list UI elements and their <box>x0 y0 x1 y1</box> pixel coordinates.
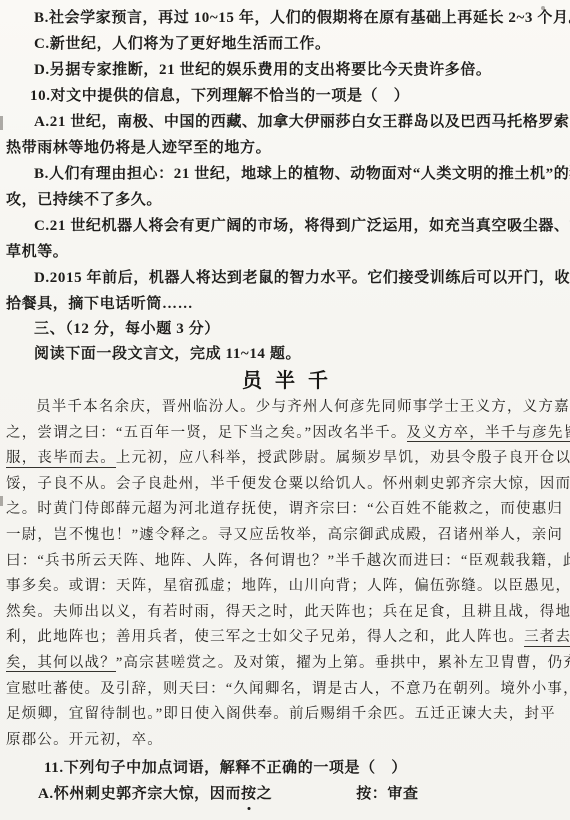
option-a-text-tail: 之 <box>257 786 273 802</box>
passage-line: 足烦卿，宜留待制也。”即日使入阁供奉。前后赐绢千余匹。五迁正谏大夫，封平 <box>6 702 564 728</box>
option-c-line-1: C.21 世纪机器人将会有更广阔的市场，将得到广泛运用，如充当真空吸尘器、割 <box>6 213 564 239</box>
underlined-text: 矣，其何以战？ <box>6 655 116 673</box>
underlined-text: 服，丧毕而去。 <box>6 450 116 468</box>
scan-artifact <box>0 116 3 130</box>
option-a-text: A.怀州刺史郭齐宗大惊，因而 <box>38 786 241 802</box>
option-b-line-1: B.人们有理由担心：21 世纪，地球上的植物、动物面对“人类文明的推土机”的猛 <box>6 161 564 187</box>
passage-line: 矣，其何以战？”高宗甚嗟赏之。及对策，擢为上第。垂拱中，累补左卫胄曹，仍充 <box>6 651 564 677</box>
passage-text: 利，此地阵也；善用兵者，使三军之士如父子兄弟，得人之和，此人阵也。 <box>6 629 524 645</box>
passage-line: 利，此地阵也；善用兵者，使三军之士如父子兄弟，得人之和，此人阵也。三者去 <box>6 625 564 651</box>
passage-text: 然矣。夫师出以义，有若时雨，得天之时，此天阵也；兵在足食，且耕且战，得地之 <box>6 604 570 620</box>
passage-line: 服，丧毕而去。上元初，应八科举，授武陟尉。属频岁旱饥，劝县令殷子良开仓以赈贫 <box>6 446 564 472</box>
passage-text: 之，尝谓之曰：“五百年一贤，足下当之矣。”因改名半千。 <box>6 425 407 441</box>
option-d-line-2: 拾餐具，摘下电话听筒…… <box>6 291 564 317</box>
scanned-exam-page: B.社会学家预言，再过 10~15 年，人们的假期将在原有基础上再延长 2~3 … <box>0 0 570 820</box>
reading-instruction: 阅读下面一段文言文，完成 11~14 题。 <box>6 342 564 367</box>
classical-passage: 员半千本名余庆，晋州临汾人。少与齐州人何彦先同师事学士王义方，义方嘉重 之，尝谓… <box>6 395 564 753</box>
passage-line: 原郡公。开元初，卒。 <box>6 728 564 754</box>
passage-text: 曰：“兵书所云天阵、地阵、人阵，各何谓也？”半千越次而进曰：“臣观载我籍，此 <box>6 553 570 569</box>
passage-line: 曰：“兵书所云天阵、地阵、人阵，各何谓也？”半千越次而进曰：“臣观载我籍，此 <box>6 549 564 575</box>
scan-artifact <box>541 6 545 10</box>
question-11-block: 11.下列句子中加点词语，解释不正确的一项是（ ） A.怀州刺史郭齐宗大惊，因而… <box>6 755 564 807</box>
passage-text: 上元初，应八科举，授武陟尉。属频岁旱饥，劝县令殷子良开仓以赈贫 <box>116 450 570 466</box>
passage-text: 宣慰吐蕃使。及引辞，则天曰：“久闻卿名，谓是古人，不意乃在朝列。境外小事，不 <box>6 681 570 697</box>
option-d-line-1: D.2015 年前后，机器人将达到老鼠的智力水平。它们接受训练后可以开门，收 <box>6 265 564 291</box>
passage-line: 然矣。夫师出以义，有若时雨，得天之时，此天阵也；兵在足食，且耕且战，得地之 <box>6 600 564 626</box>
passage-text: 之。时黄门侍郎薛元超为河北道存抚使，谓齐宗曰：“公百姓不能救之，而使惠归 <box>6 501 563 517</box>
passage-line: 之。时黄门侍郎薛元超为河北道存抚使，谓齐宗曰：“公百姓不能救之，而使惠归 <box>6 497 564 523</box>
question-10-block: B.社会学家预言，再过 10~15 年，人们的假期将在原有基础上再延长 2~3 … <box>6 5 564 317</box>
passage-text: 馁，子良不从。会子良赴州，半千便发仓粟以给饥人。怀州刺史郭齐宗大惊，因而按 <box>6 476 570 492</box>
underlined-text: 及义方卒，半千与彦先皆制 <box>407 425 570 443</box>
passage-line: 之，尝谓之曰：“五百年一贤，足下当之矣。”因改名半千。及义方卒，半千与彦先皆制 <box>6 421 564 447</box>
passage-line: 一尉，岂不愧也！”遽令释之。寻又应岳牧举，高宗御武成殿，召诸州举人，亲问 <box>6 523 564 549</box>
passage-line: 员半千本名余庆，晋州临汾人。少与齐州人何彦先同师事学士王义方，义方嘉重 <box>6 395 564 421</box>
passage-text: 员半千本名余庆，晋州临汾人。少与齐州人何彦先同师事学士王义方，义方嘉重 <box>36 399 570 415</box>
section-three-block: 三、（12 分，每小题 3 分） 阅读下面一段文言文，完成 11~14 题。 员… <box>6 317 564 395</box>
scan-artifact <box>0 496 3 506</box>
prev-option-d: D.另据专家推断，21 世纪的娱乐费用的支出将要比今天贵许多倍。 <box>6 57 564 83</box>
underlined-text: 三者去 <box>524 629 570 647</box>
option-a-line-2: 热带雨林等地仍将是人迹罕至的地方。 <box>6 135 564 161</box>
dotted-word: 按 <box>241 781 257 807</box>
question-10-stem: 10.对文中提供的信息，下列理解不恰当的一项是（ ） <box>6 83 564 109</box>
passage-text: 足烦卿，宜留待制也。”即日使入阁供奉。前后赐绢千余匹。五迁正谏大夫，封平 <box>6 706 556 722</box>
section-heading: 三、（12 分，每小题 3 分） <box>6 317 564 342</box>
passage-text: ”高宗甚嗟赏之。及对策，擢为上第。垂拱中，累补左卫胄曹，仍充 <box>116 655 570 671</box>
passage-text: 原郡公。开元初，卒。 <box>6 732 163 748</box>
option-b-line-2: 攻，已持续不了多久。 <box>6 187 564 213</box>
passage-text: 事多矣。或谓：天阵，星宿孤虚；地阵，山川向背；人阵，偏伍弥缝。以臣愚见，谓不 <box>6 578 570 594</box>
option-a-line-1: A.21 世纪，南极、中国的西藏、加拿大伊丽莎白女王群岛以及巴西马托格罗索 <box>6 109 564 135</box>
question-11-stem: 11.下列句子中加点词语，解释不正确的一项是（ ） <box>6 755 564 781</box>
prev-option-c: C.新世纪，人们将为了更好地生活而工作。 <box>6 31 564 57</box>
passage-line: 事多矣。或谓：天阵，星宿孤虚；地阵，山川向背；人阵，偏伍弥缝。以臣愚见，谓不 <box>6 574 564 600</box>
passage-line: 馁，子良不从。会子良赴州，半千便发仓粟以给饥人。怀州刺史郭齐宗大惊，因而按 <box>6 472 564 498</box>
passage-title: 员半千 <box>6 368 564 395</box>
option-c-line-2: 草机等。 <box>6 239 564 265</box>
passage-line: 宣慰吐蕃使。及引辞，则天曰：“久闻卿名，谓是古人，不意乃在朝列。境外小事，不 <box>6 677 564 703</box>
word-gloss: 按：审查 <box>356 786 418 802</box>
question-11-option-a: A.怀州刺史郭齐宗大惊，因而按之按：审查 <box>6 781 564 807</box>
passage-text: 一尉，岂不愧也！”遽令释之。寻又应岳牧举，高宗御武成殿，召诸州举人，亲问 <box>6 527 563 543</box>
prev-option-b: B.社会学家预言，再过 10~15 年，人们的假期将在原有基础上再延长 2~3 … <box>6 5 564 31</box>
